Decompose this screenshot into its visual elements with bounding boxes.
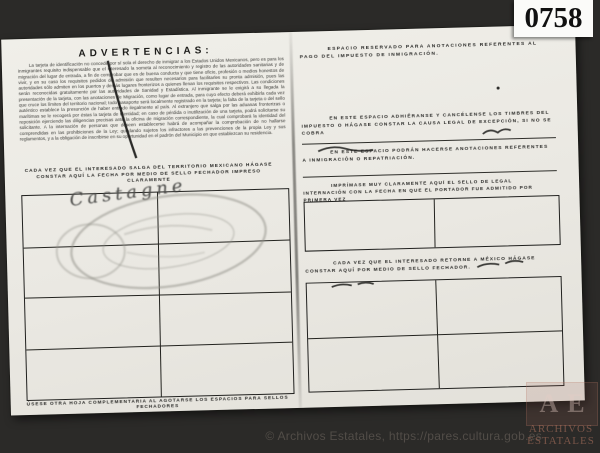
stamp-cell	[158, 240, 291, 294]
annotations-note: EN ESTE ESPACIO PODRÁN HACERSE ANOTACION…	[302, 143, 554, 164]
scanned-document-background: ADVERTENCIAS: La tarjeta de identificaci…	[0, 0, 600, 453]
stamp-cell	[305, 199, 435, 250]
logo-text-line2: ESTATALES	[519, 436, 600, 448]
advertencias-paragraph: La tarjeta de identificación no concede …	[18, 56, 286, 142]
stamp-cell	[434, 196, 560, 247]
archivos-estatales-logo-text: ARCHIVOS ESTATALES	[519, 424, 600, 447]
logo-text-line1: ARCHIVOS	[519, 424, 600, 436]
stamp-cell	[160, 342, 293, 396]
stamp-cell	[24, 244, 159, 298]
revenue-stamps-note: EN ESTE ESPACIO ADHIÉRANSE Y CANCÉLENSE …	[301, 109, 553, 137]
ink-dot	[497, 87, 500, 90]
identification-card: ADVERTENCIAS: La tarjeta de identificaci…	[1, 25, 585, 416]
entry-seal-table	[304, 195, 561, 252]
return-caption: CADA VEZ QUE EL INTERESADO RETORNE A MÉX…	[305, 254, 557, 275]
stamp-cell	[159, 291, 292, 345]
return-stamp-table	[306, 276, 565, 393]
exit-stamp-table	[21, 188, 294, 401]
stamp-cell	[437, 331, 563, 388]
archivos-estatales-logo-icon: AE	[526, 382, 598, 426]
stamp-cell	[436, 277, 562, 334]
stamp-cell	[26, 346, 161, 400]
reference-number-label: 0758	[514, 0, 593, 37]
watermark-credit: © Archivos Estatales, https://pares.cult…	[250, 429, 542, 443]
tax-space-note: ESPACIO RESERVADO PARA ANOTACIONES REFER…	[299, 39, 551, 61]
stamp-cell	[307, 280, 437, 337]
stamp-cell	[25, 295, 160, 349]
stamp-cell	[156, 189, 289, 243]
stamp-cell	[308, 334, 438, 391]
